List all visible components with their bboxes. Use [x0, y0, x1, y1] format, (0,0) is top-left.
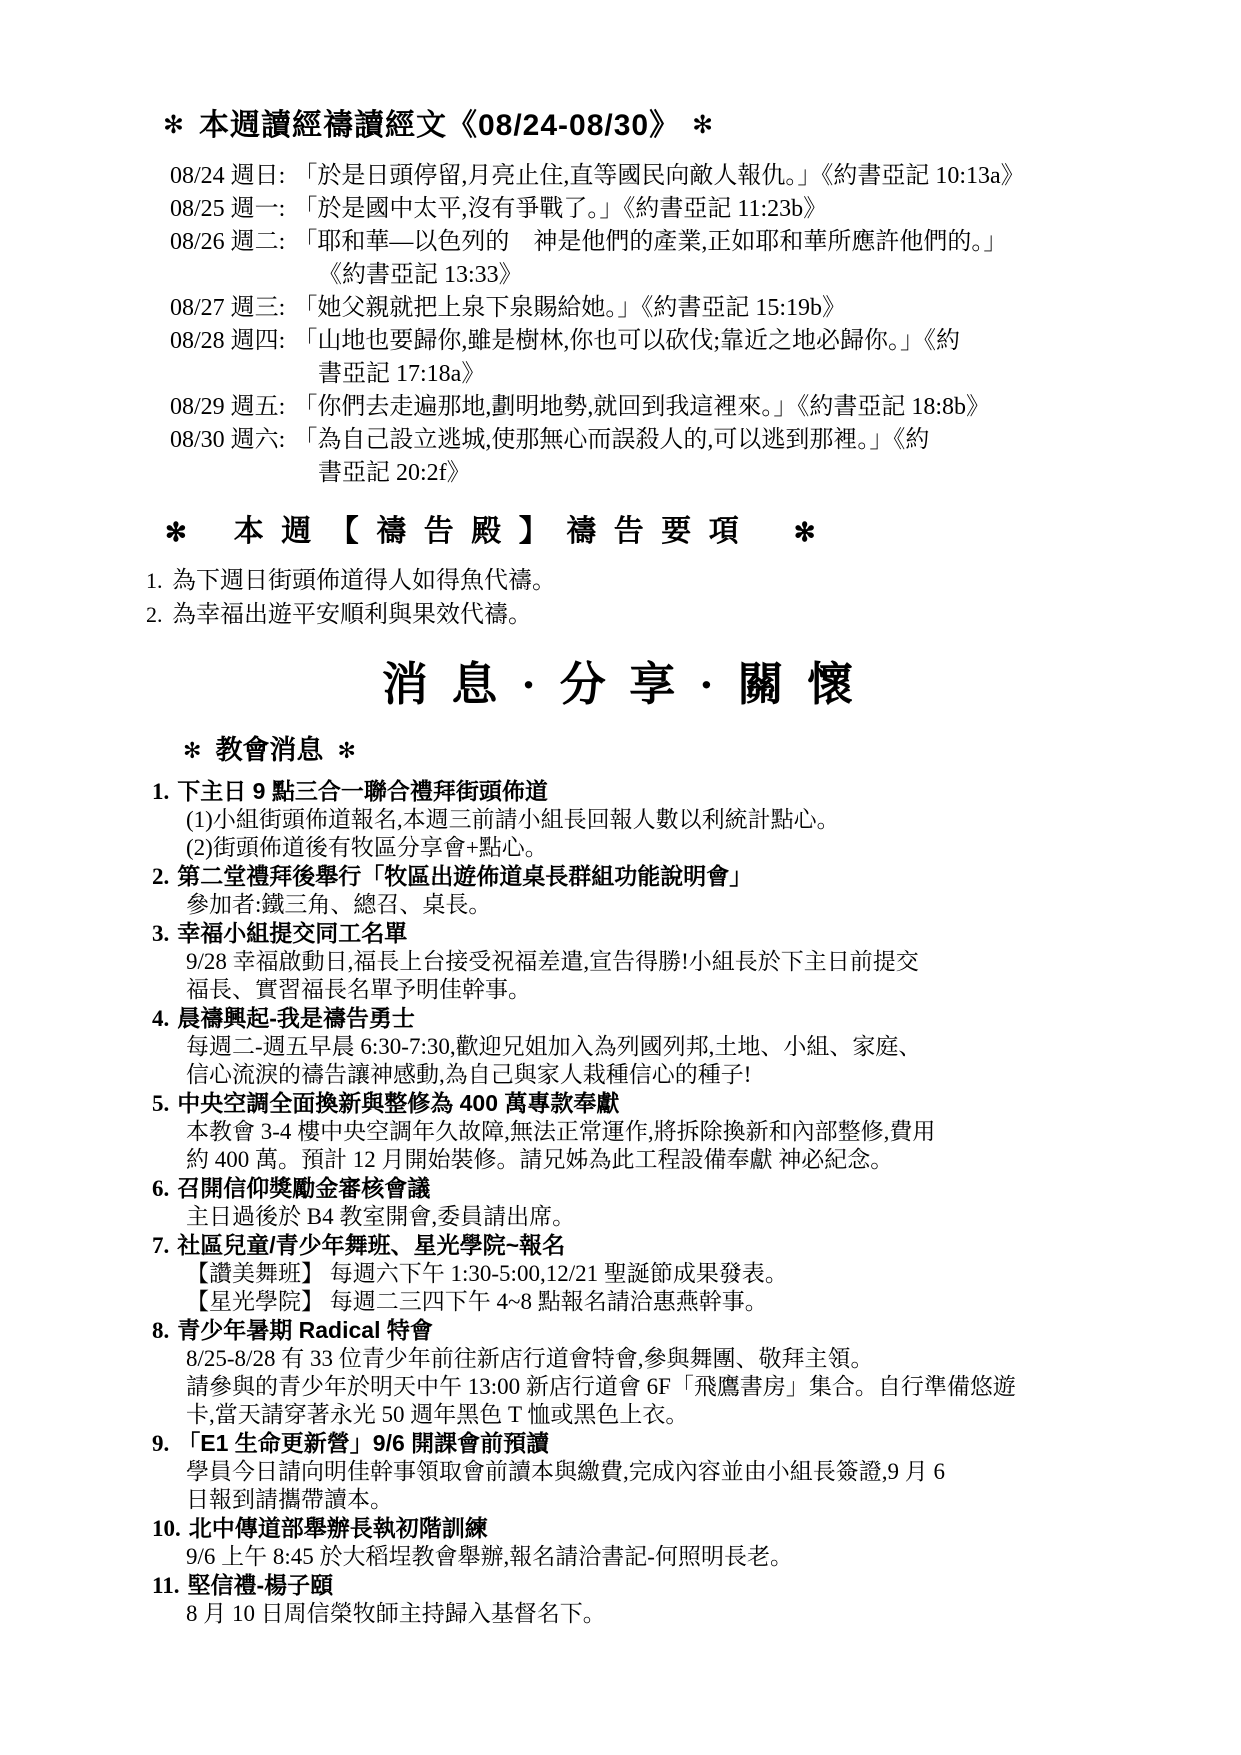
- news-item-heading-text: 第二堂禮拜後舉行「牧區出遊佈道桌長群組功能說明會」: [177, 863, 752, 889]
- news-item-line: 本教會 3-4 樓中央空調年久故障,無法正常運作,將拆除換新和內部整修,費用: [152, 1118, 1201, 1146]
- flower-icon: ✻: [163, 110, 185, 140]
- news-item-heading: 11.堅信禮-楊子頤: [152, 1571, 1201, 1600]
- news-item-number: 5.: [152, 1091, 169, 1116]
- news-item-number: 7.: [152, 1233, 169, 1258]
- flower-icon: ✻: [692, 110, 714, 140]
- scripture-entry: 08/27 週三:「她父親就把上泉下泉賜給她。」《約書亞記 15:19b》: [170, 292, 1181, 325]
- scripture-date: 08/29 週五:: [170, 394, 293, 420]
- church-news-header: ✻教會消息✻: [183, 728, 1241, 767]
- scripture-section-title: 本週讀經禱讀經文《08/24-08/30》: [199, 109, 680, 142]
- news-item-line: 請參與的青少年於明天中午 13:00 新店行道會 6F「飛鷹書房」集合。自行準備…: [152, 1373, 1201, 1401]
- scripture-list: 08/24 週日:「於是日頭停留,月亮止住,直等國民向敵人報仇。」《約書亞記 1…: [170, 160, 1181, 490]
- news-item-line: 信心流淚的禱告讓神感動,為自己與家人栽種信心的種子!: [152, 1061, 1201, 1089]
- news-item: 11.堅信禮-楊子頤8 月 10 日周信榮牧師主持歸入基督名下。: [152, 1571, 1201, 1628]
- news-item-number: 6.: [152, 1176, 169, 1201]
- scripture-date: 08/24 週日:: [170, 163, 293, 189]
- news-item-heading: 4.晨禱興起-我是禱告勇士: [152, 1004, 1201, 1033]
- scripture-date: 08/26 週二:: [170, 229, 293, 255]
- scripture-date: 08/28 週四:: [170, 328, 293, 354]
- scripture-line: 08/27 週三:「她父親就把上泉下泉賜給她。」《約書亞記 15:19b》: [170, 292, 1181, 325]
- scripture-text: 「她父親就把上泉下泉賜給她。」《約書亞記 15:19b》: [293, 295, 846, 321]
- scripture-entry: 08/28 週四:「山地也要歸你,雖是樹林,你也可以砍伐;靠近之地必歸你。」《約…: [170, 325, 1181, 391]
- flower-icon: ✻: [183, 738, 201, 764]
- news-item-number: 9.: [152, 1431, 169, 1456]
- scripture-text: 「為自己設立逃城,使那無心而誤殺人的,可以逃到那裡。」《約: [293, 427, 929, 453]
- news-item: 9.「E1 生命更新營」9/6 開課會前預讀學員今日請向明佳幹事領取會前讀本與繳…: [152, 1429, 1201, 1514]
- news-item-line: 9/6 上午 8:45 於大稻埕教會舉辦,報名請洽書記-何照明長老。: [152, 1543, 1201, 1571]
- news-item-heading: 9.「E1 生命更新營」9/6 開課會前預讀: [152, 1429, 1201, 1458]
- scripture-line: 08/26 週二:「耶和華—以色列的 神是他們的產業,正如耶和華所應許他們的。」: [170, 226, 1181, 259]
- news-item: 5.中央空調全面換新與整修為 400 萬專款奉獻本教會 3-4 樓中央空調年久故…: [152, 1089, 1201, 1174]
- scripture-line: 08/29 週五:「你們去走遍那地,劃明地勢,就回到我這裡來。」《約書亞記 18…: [170, 391, 1181, 424]
- news-item-number: 1.: [152, 779, 169, 804]
- news-item-line: 參加者:鐵三角、總召、桌長。: [152, 891, 1201, 919]
- news-item-line: 日報到請攜帶讀本。: [152, 1486, 1201, 1514]
- scripture-line: 08/24 週日:「於是日頭停留,月亮止住,直等國民向敵人報仇。」《約書亞記 1…: [170, 160, 1181, 193]
- news-item-line: 9/28 幸福啟動日,福長上台接受祝福差遣,宣告得勝!小組長於下主日前提交: [152, 948, 1201, 976]
- prayer-item: 1.為下週日街頭佈道得人如得魚代禱。: [146, 564, 1241, 598]
- news-item-number: 2.: [152, 864, 169, 889]
- news-item: 1.下主日 9 點三合一聯合禮拜街頭佈道(1)小組街頭佈道報名,本週三前請小組長…: [152, 777, 1201, 862]
- news-item: 7.社區兒童/青少年舞班、星光學院~報名【讚美舞班】 每週六下午 1:30-5:…: [152, 1231, 1201, 1316]
- news-item-number: 8.: [152, 1318, 169, 1343]
- news-item-heading: 1.下主日 9 點三合一聯合禮拜街頭佈道: [152, 777, 1201, 806]
- prayer-item-number: 1.: [146, 564, 172, 598]
- flower-icon: ✻: [337, 738, 355, 764]
- prayer-item-text: 為幸福出遊平安順利與果效代禱。: [172, 602, 532, 628]
- news-item: 8.青少年暑期 Radical 特會8/25-8/28 有 33 位青少年前往新…: [152, 1316, 1201, 1429]
- scripture-text: 「你們去走遍那地,劃明地勢,就回到我這裡來。」《約書亞記 18:8b》: [293, 394, 990, 420]
- news-item-line: 主日過後於 B4 教室開會,委員請出席。: [152, 1203, 1201, 1231]
- news-item-line: (2)街頭佈道後有牧區分享會+點心。: [152, 834, 1201, 862]
- news-item-heading-text: 中央空調全面換新與整修為 400 萬專款奉獻: [177, 1090, 619, 1116]
- news-item-line: 每週二-週五早晨 6:30-7:30,歡迎兄姐加入為列國列邦,土地、小組、家庭、: [152, 1033, 1201, 1061]
- news-item-heading: 10.北中傳道部舉辦長執初階訓練: [152, 1514, 1201, 1543]
- scripture-text: 「於是國中太平,沒有爭戰了。」《約書亞記 11:23b》: [293, 196, 827, 222]
- news-item: 10.北中傳道部舉辦長執初階訓練9/6 上午 8:45 於大稻埕教會舉辦,報名請…: [152, 1514, 1201, 1571]
- church-news-list: 1.下主日 9 點三合一聯合禮拜街頭佈道(1)小組街頭佈道報名,本週三前請小組長…: [152, 777, 1201, 1628]
- news-item-heading: 8.青少年暑期 Radical 特會: [152, 1316, 1201, 1345]
- news-item-line: 學員今日請向明佳幹事領取會前讀本與繳費,完成內容並由小組長簽證,9 月 6: [152, 1458, 1201, 1486]
- news-item: 4.晨禱興起-我是禱告勇士每週二-週五早晨 6:30-7:30,歡迎兄姐加入為列…: [152, 1004, 1201, 1089]
- prayer-item: 2.為幸福出遊平安順利與果效代禱。: [146, 598, 1241, 632]
- news-item-heading-text: 幸福小組提交同工名單: [177, 920, 407, 946]
- news-item-line: 福長、實習福長名單予明佳幹事。: [152, 976, 1201, 1004]
- prayer-section-title: 本 週 【 禱 告 殿 】 禱 告 要 項: [234, 515, 744, 548]
- news-item-number: 3.: [152, 921, 169, 946]
- scripture-line: 08/30 週六:「為自己設立逃城,使那無心而誤殺人的,可以逃到那裡。」《約: [170, 424, 1181, 457]
- scripture-text-continued: 書亞記 17:18a》: [170, 358, 1181, 391]
- news-item-heading-text: 「E1 生命更新營」9/6 開課會前預讀: [177, 1430, 549, 1456]
- news-item-heading-text: 堅信禮-楊子頤: [187, 1572, 333, 1598]
- news-item-number: 11.: [152, 1573, 179, 1598]
- scripture-text-continued: 書亞記 20:2f》: [170, 457, 1181, 490]
- news-item-heading-text: 青少年暑期 Radical 特會: [177, 1317, 433, 1343]
- news-item-heading-text: 北中傳道部舉辦長執初階訓練: [189, 1515, 488, 1541]
- scripture-entry: 08/29 週五:「你們去走遍那地,劃明地勢,就回到我這裡來。」《約書亞記 18…: [170, 391, 1181, 424]
- prayer-item-number: 2.: [146, 598, 172, 632]
- scripture-entry: 08/26 週二:「耶和華—以色列的 神是他們的產業,正如耶和華所應許他們的。」…: [170, 226, 1181, 292]
- scripture-text: 「山地也要歸你,雖是樹林,你也可以砍伐;靠近之地必歸你。」《約: [293, 328, 960, 354]
- scripture-date: 08/25 週一:: [170, 196, 293, 222]
- bulletin-page: ✻本週讀經禱讀經文《08/24-08/30》✻ 08/24 週日:「於是日頭停留…: [0, 0, 1241, 1755]
- news-item-line: 8 月 10 日周信榮牧師主持歸入基督名下。: [152, 1600, 1201, 1628]
- news-item-line: 8/25-8/28 有 33 位青少年前往新店行道會特會,參與舞團、敬拜主領。: [152, 1345, 1201, 1373]
- news-item-number: 10.: [152, 1516, 181, 1541]
- scripture-date: 08/30 週六:: [170, 427, 293, 453]
- prayer-item-text: 為下週日街頭佈道得人如得魚代禱。: [172, 568, 556, 594]
- news-item-heading-text: 下主日 9 點三合一聯合禮拜街頭佈道: [177, 778, 548, 804]
- news-item-number: 4.: [152, 1006, 169, 1031]
- scripture-date: 08/27 週三:: [170, 295, 293, 321]
- news-banner-title: 消 息 · 分 享 · 關 懷: [0, 648, 1241, 714]
- flower-icon: ✻: [794, 518, 821, 548]
- flower-icon: ✻: [165, 518, 192, 548]
- scripture-line: 08/25 週一:「於是國中太平,沒有爭戰了。」《約書亞記 11:23b》: [170, 193, 1181, 226]
- scripture-line: 08/28 週四:「山地也要歸你,雖是樹林,你也可以砍伐;靠近之地必歸你。」《約: [170, 325, 1181, 358]
- prayer-section-header: ✻本 週 【 禱 告 殿 】 禱 告 要 項✻: [165, 506, 1241, 550]
- scripture-text: 「於是日頭停留,月亮止住,直等國民向敵人報仇。」《約書亞記 10:13a》: [293, 163, 1024, 189]
- scripture-text: 「耶和華—以色列的 神是他們的產業,正如耶和華所應許他們的。」: [293, 229, 1007, 255]
- news-item: 3.幸福小組提交同工名單9/28 幸福啟動日,福長上台接受祝福差遣,宣告得勝!小…: [152, 919, 1201, 1004]
- news-item-heading: 7.社區兒童/青少年舞班、星光學院~報名: [152, 1231, 1201, 1260]
- news-item-heading: 5.中央空調全面換新與整修為 400 萬專款奉獻: [152, 1089, 1201, 1118]
- scripture-section-header: ✻本週讀經禱讀經文《08/24-08/30》✻: [163, 100, 1241, 144]
- scripture-entry: 08/30 週六:「為自己設立逃城,使那無心而誤殺人的,可以逃到那裡。」《約書亞…: [170, 424, 1181, 490]
- news-item-heading: 2.第二堂禮拜後舉行「牧區出遊佈道桌長群組功能說明會」: [152, 862, 1201, 891]
- news-item-line: 【讚美舞班】 每週六下午 1:30-5:00,12/21 聖誕節成果發表。: [152, 1260, 1201, 1288]
- prayer-list: 1.為下週日街頭佈道得人如得魚代禱。2.為幸福出遊平安順利與果效代禱。: [146, 564, 1241, 632]
- news-item-line: 約 400 萬。預計 12 月開始裝修。請兄姊為此工程設備奉獻 神必紀念。: [152, 1146, 1201, 1174]
- news-item-heading-text: 晨禱興起-我是禱告勇士: [177, 1005, 415, 1031]
- scripture-text-continued: 《約書亞記 13:33》: [170, 259, 1181, 292]
- news-item: 2.第二堂禮拜後舉行「牧區出遊佈道桌長群組功能說明會」參加者:鐵三角、總召、桌長…: [152, 862, 1201, 919]
- church-news-title: 教會消息: [215, 735, 323, 765]
- news-item-line: 【星光學院】 每週二三四下午 4~8 點報名請洽惠燕幹事。: [152, 1288, 1201, 1316]
- news-item-heading-text: 社區兒童/青少年舞班、星光學院~報名: [177, 1232, 565, 1258]
- news-item-line: (1)小組街頭佈道報名,本週三前請小組長回報人數以利統計點心。: [152, 806, 1201, 834]
- news-item-line: 卡,當天請穿著永光 50 週年黑色 T 恤或黑色上衣。: [152, 1401, 1201, 1429]
- news-item-heading: 6.召開信仰獎勵金審核會議: [152, 1174, 1201, 1203]
- news-item-heading-text: 召開信仰獎勵金審核會議: [177, 1175, 430, 1201]
- scripture-entry: 08/25 週一:「於是國中太平,沒有爭戰了。」《約書亞記 11:23b》: [170, 193, 1181, 226]
- scripture-entry: 08/24 週日:「於是日頭停留,月亮止住,直等國民向敵人報仇。」《約書亞記 1…: [170, 160, 1181, 193]
- news-item-heading: 3.幸福小組提交同工名單: [152, 919, 1201, 948]
- news-item: 6.召開信仰獎勵金審核會議主日過後於 B4 教室開會,委員請出席。: [152, 1174, 1201, 1231]
